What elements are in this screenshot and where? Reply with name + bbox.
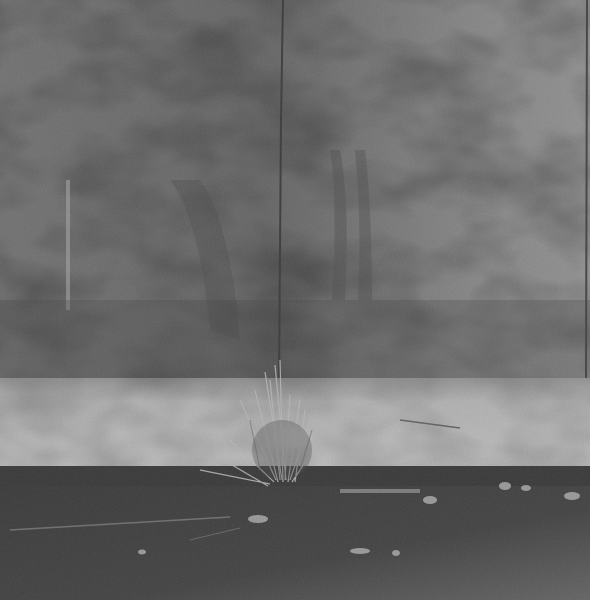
photo-canvas <box>0 0 590 600</box>
photograph: Weathered concrete wall with a vertical … <box>0 0 590 600</box>
film-grain <box>0 0 590 600</box>
